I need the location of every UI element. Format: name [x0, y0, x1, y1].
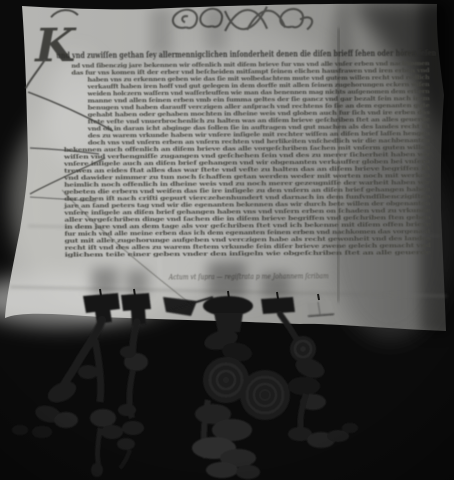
vignette: [0, 0, 454, 480]
charter-scene: K und vnd zuwiſſen gethan ſey allermenni…: [0, 0, 454, 480]
photo-of-charter: K und vnd zuwiſſen gethan ſey allermenni…: [0, 0, 454, 480]
